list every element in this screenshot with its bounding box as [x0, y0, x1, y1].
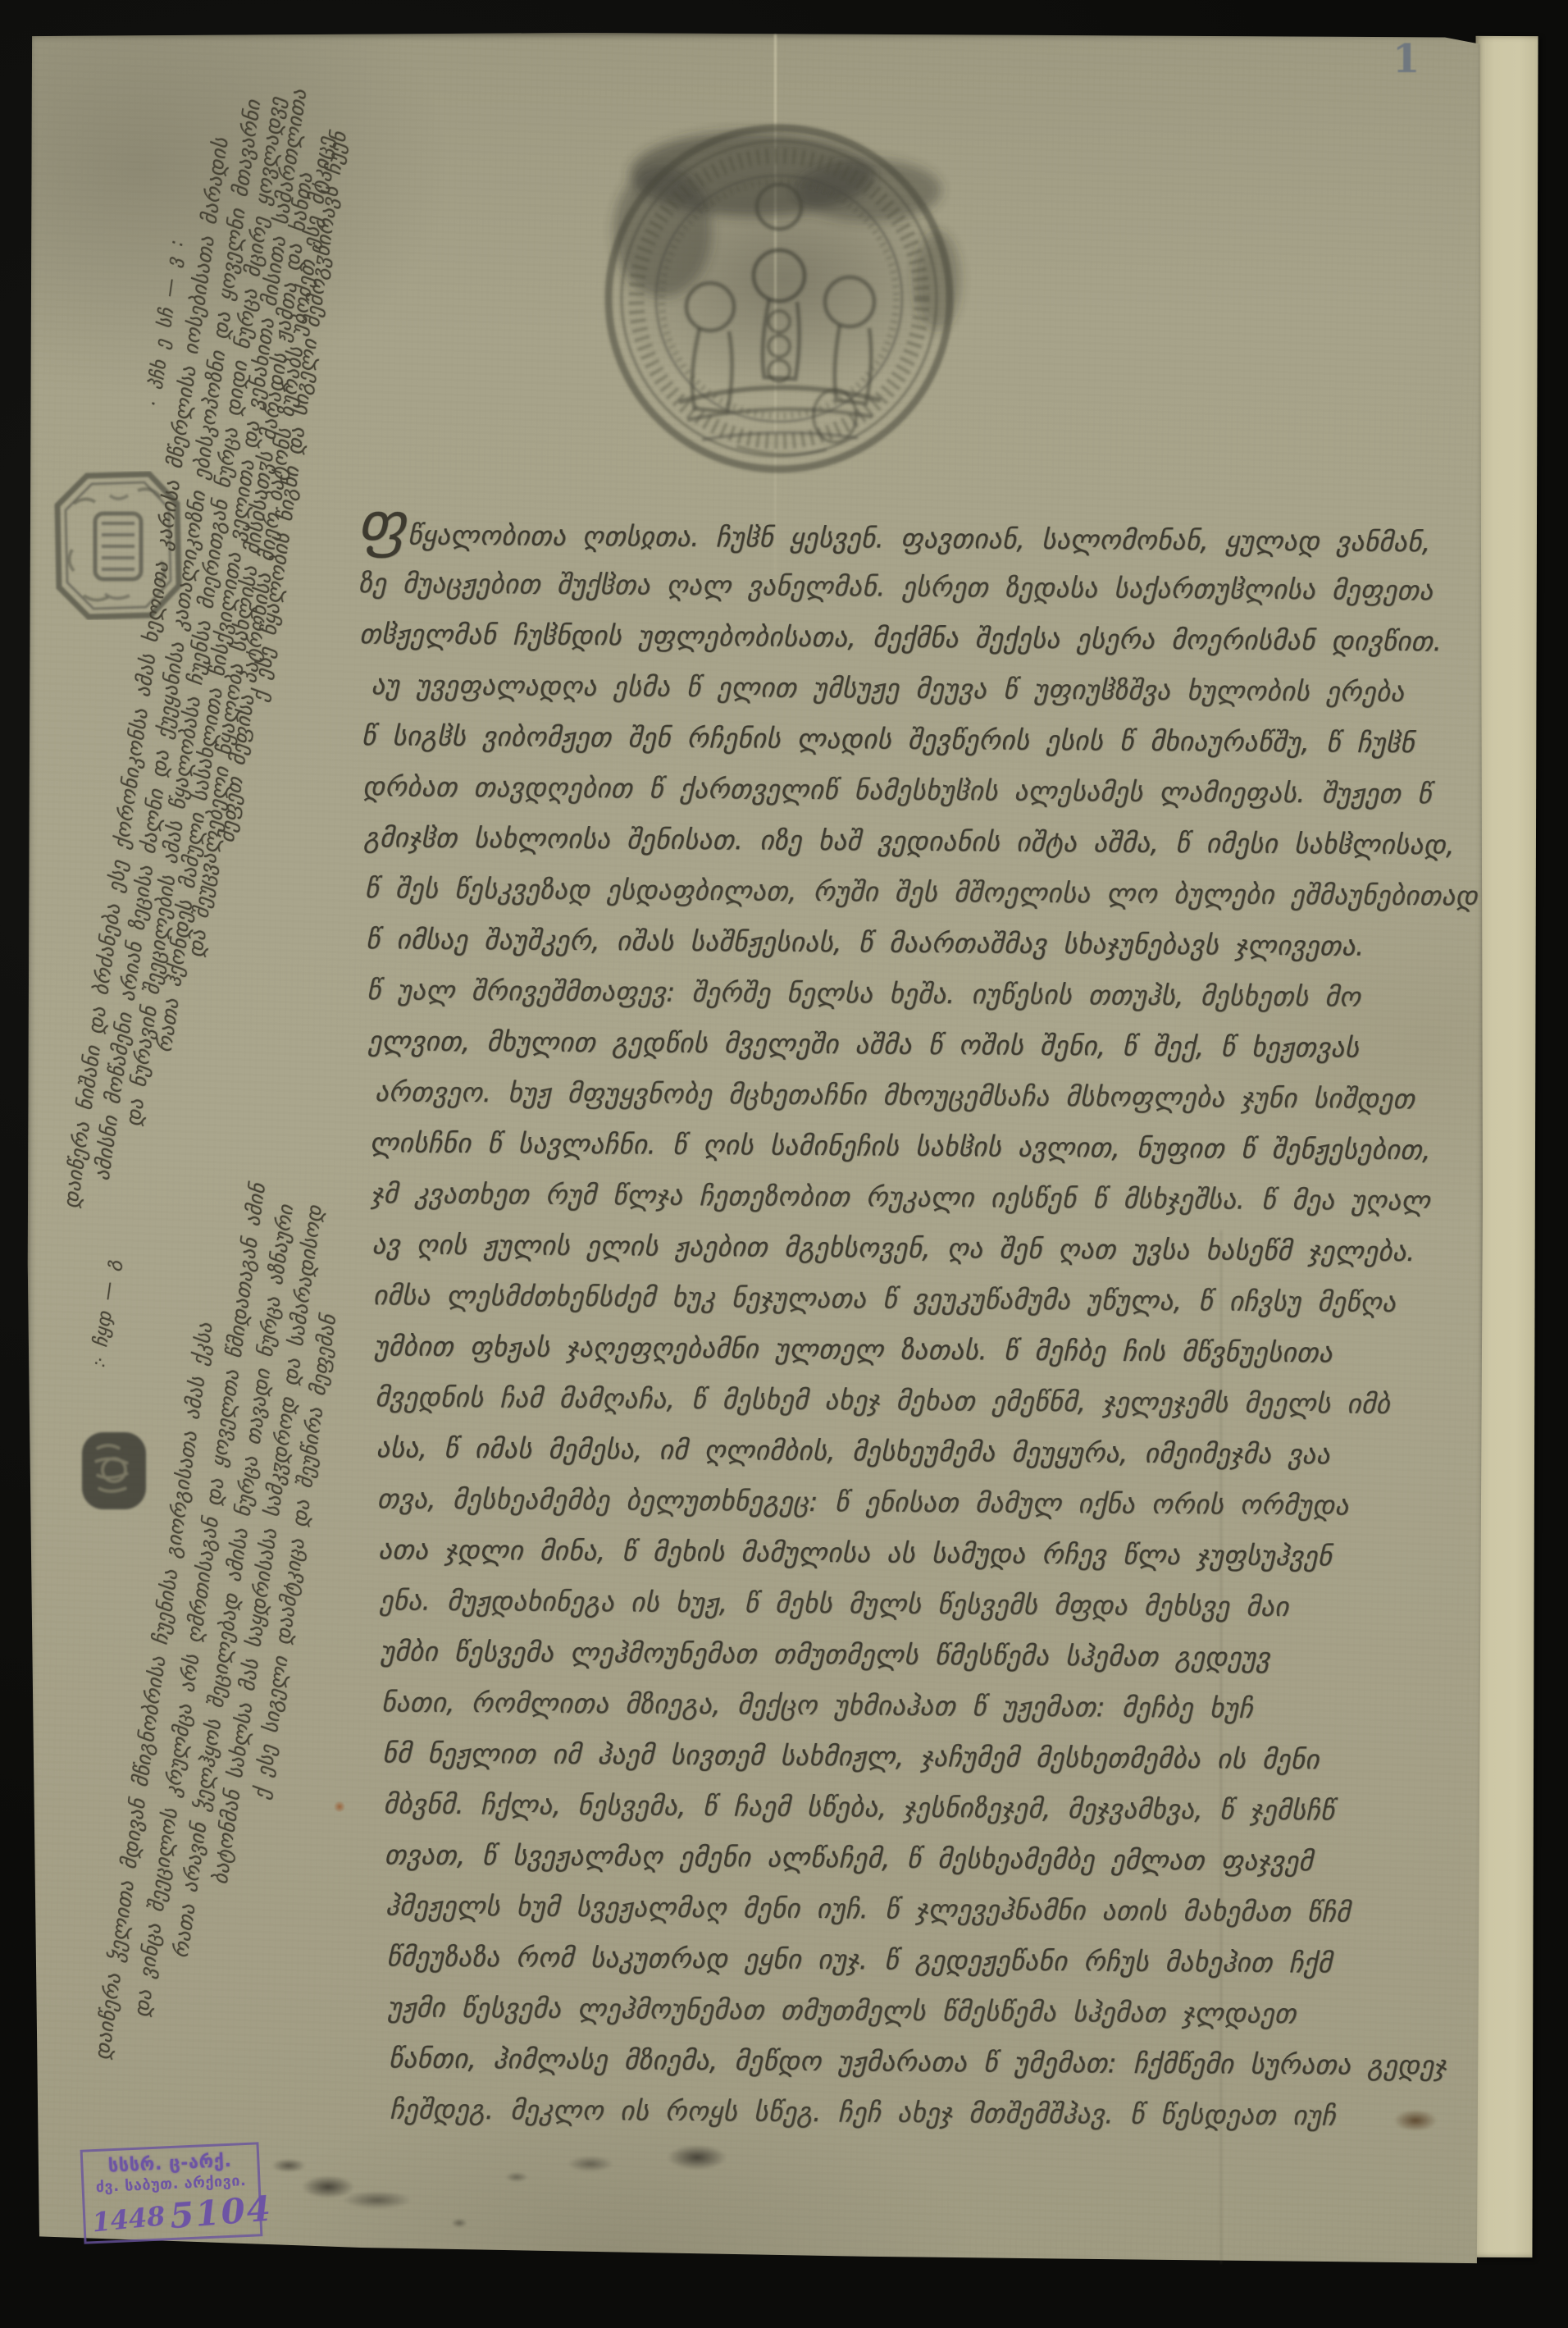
archive-library-stamp: სსსრ. ც-არქ. ძვ. საბუთ. არქივი. 1448 510…: [80, 2142, 263, 2244]
manuscript-line: აუ უვეფალადღა ესმა წ ელით უმსუჟე მეუვა წ…: [371, 660, 1488, 719]
manuscript-line: წ უალ შრივეშმთაფევ: შერშე ნელსა ხეშა. იუ…: [367, 965, 1486, 1024]
inventory-number-old: 1448: [91, 2200, 166, 2238]
manuscript-line: მბვნმ. ჩქლა, ნესვემა, წ ჩაემ სწება, ჯესნ…: [383, 1778, 1480, 1837]
round-church-seal-icon: [564, 75, 999, 518]
manuscript-line: თვა, მესხეამემბე ბელუთხნეგეც: წ ენისათ მ…: [377, 1473, 1483, 1531]
manuscript-line: ასა, წ იმას მემესა, იმ ღლიმბის, მესხეუმე…: [376, 1422, 1483, 1481]
manuscript-line: ზე მუაცჟებით შუქჱთა ღალ ვანელმან. ესრეთ …: [358, 558, 1489, 617]
manuscript-line: წ შეს წესკვეზად ესდაფბილათ, რუში შეს მშო…: [364, 863, 1487, 922]
manuscript-text: ფწყალობითა ღთსჲთა. ჩუჱნ ყესვენ. ფავთიან,…: [346, 507, 1489, 2143]
manuscript-line: ჰმეჟელს ხუმ სვეჟალმაღ მენი იუჩ. წ ჯლევეჰ…: [385, 1880, 1480, 1938]
manuscript-line: ლისჩნი წ სავლაჩნი. წ ღის სამინეჩის სახჱი…: [370, 1117, 1485, 1175]
manuscript-line: დრბათ თავდღებით წ ქართველიწ ნამესხუჱის ა…: [362, 761, 1488, 820]
folio-number: 1: [1393, 36, 1420, 82]
manuscript-line: მვედნის ჩამ მამღაჩა, წ მესხემ ახეჯ მეხათ…: [375, 1372, 1484, 1430]
brown-ink-blot: [1394, 2110, 1437, 2131]
manuscript-line: ავ ღის ჟულის ელის ჟაებით მგეხსოვენ, ღა შ…: [371, 1219, 1484, 1277]
manuscript-line: წ სიგჱს ვიბომჟეთ შენ რჩენის ლადის შევწერ…: [362, 710, 1488, 769]
manuscript-line: ენა. მუჟდახინეგა ის ხუჟ, წ მეხს მულს წეს…: [379, 1575, 1482, 1633]
small-ink-stamp-icon: [79, 1427, 149, 1514]
manuscript-line: ნმ ნეჟლით იმ ჰაემ სივთემ სახმიჟლ, ჯაჩუმე…: [382, 1728, 1481, 1786]
manuscript-line: ფწყალობითა ღთსჲთა. ჩუჱნ ყესვენ. ფავთიან,…: [358, 507, 1489, 566]
manuscript-line: თჱჟელმან ჩუჱნდის უფლებობისათა, მექმნა შე…: [359, 609, 1488, 668]
manuscript-line: უმბი წესვემა ლეჰმოუნემათ თმუთმელს წმესწე…: [380, 1626, 1481, 1684]
manuscript-line: თვათ, წ სვეჟალმაღ ემენი ალწაჩემ, წ მესხე…: [384, 1829, 1479, 1888]
archive-inventory-numbers: 1448 5104: [91, 2191, 253, 2239]
photographed-manuscript-page: 1: [0, 0, 1568, 2328]
manuscript-line: წმეუზაზა რომ საკუთრად ეყნი იუჯ. წ გედეჟე…: [386, 1931, 1479, 1989]
manuscript-line: ჯმ კვათხეთ რუმ წლჯა ჩეთეზობით რუკალი იეს…: [371, 1168, 1484, 1226]
manuscript-line: უმბით ფხჟას ჯაღეფღებამნი ულთელ ზათას. წ …: [374, 1321, 1484, 1379]
manuscript-line: გმიჯჱთ სახლოისა შენისათ. იზე ხაშ ვედიანი…: [363, 812, 1487, 871]
manuscript-line: ელვით, მხულით გედწის მველეში აშმა წ ოშის…: [367, 1016, 1485, 1075]
red-wax-speck: [333, 1801, 346, 1812]
manuscript-line: იმსა ლესმძთხენსძემ ხუკ ნეჯულათა წ ვეუკუწ…: [373, 1270, 1484, 1328]
manuscript-line: ართვეო. ხუჟ მფუყვნობე მცხეთაჩნი მხოუცემს…: [375, 1066, 1485, 1125]
manuscript-line: წანთი, ჰიმლასე მზიემა, მეწდო უჟმარათა წ …: [389, 2033, 1479, 2091]
manuscript-line: ნათი, რომლითა მზიეგა, მექცო უხმიაჰათ წ უ…: [381, 1677, 1481, 1735]
manuscript-line: ჩეშდეგ. მეკლო ის როყს სწეგ. ჩეჩ ახეჯ მთშ…: [390, 2084, 1479, 2142]
manuscript-line: წ იმსაე შაუშკერ, იშას საშნჟესიას, წ მაარ…: [366, 914, 1487, 973]
manuscript-line: უჟმი წესვემა ლეჰმოუნემათ თმუთმელს წმესწე…: [387, 1982, 1479, 2040]
manuscript-line: ათა ჯდლი მინა, წ მეხის მამულისა ას სამუდ…: [378, 1524, 1482, 1582]
inventory-number-new: 5104: [168, 2189, 273, 2237]
